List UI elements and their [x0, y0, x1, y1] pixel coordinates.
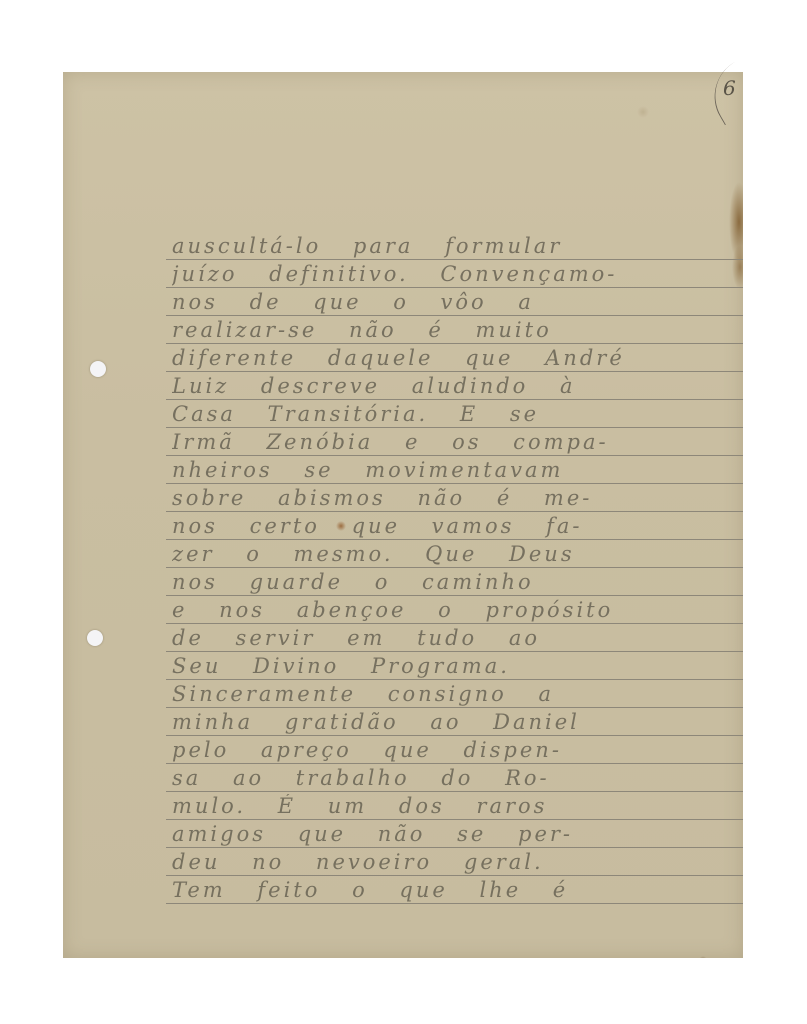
text-line: mulo. É um dos raros [172, 794, 743, 818]
ruled-line: Irmã Zenóbia e os compa- [166, 428, 743, 456]
ruled-line: Luiz descreve aludindo à [166, 372, 743, 400]
text-line: nos certo que vamos fa- [172, 514, 743, 538]
text-line: Sinceramente consigno a [172, 682, 743, 706]
punch-hole-top [90, 361, 106, 377]
handwritten-text-body: auscultá-lo para formular juízo definiti… [166, 232, 743, 904]
text-line: realizar-se não é muito [172, 318, 743, 342]
ruled-line: zer o mesmo. Que Deus [166, 540, 743, 568]
ruled-line: Tem feito o que lhe é [166, 876, 743, 904]
ruled-line: nos certo que vamos fa- [166, 512, 743, 540]
text-line: zer o mesmo. Que Deus [172, 542, 743, 566]
text-line: minha gratidão ao Daniel [172, 710, 743, 734]
ruled-line: sa ao trabalho do Ro- [166, 764, 743, 792]
text-line: deu no nevoeiro geral. [172, 850, 743, 874]
ruled-line: e nos abençoe o propósito [166, 596, 743, 624]
text-line: diferente daquele que André [172, 346, 743, 370]
text-line: auscultá-lo para formular [172, 234, 743, 258]
ruled-line: juízo definitivo. Convençamo- [166, 260, 743, 288]
manuscript-page: 6 auscultá-lo para formular juízo defini… [63, 72, 743, 958]
ruled-line: mulo. É um dos raros [166, 792, 743, 820]
text-line: amigos que não se per- [172, 822, 743, 846]
ruled-line: Sinceramente consigno a [166, 680, 743, 708]
text-line: de servir em tudo ao [172, 626, 743, 650]
ruled-line: Seu Divino Programa. [166, 652, 743, 680]
ruled-line: Casa Transitória. E se [166, 400, 743, 428]
text-line: Irmã Zenóbia e os compa- [172, 430, 743, 454]
text-line: juízo definitivo. Convençamo- [172, 262, 743, 286]
text-line: nos de que o vôo a [172, 290, 743, 314]
text-line: sa ao trabalho do Ro- [172, 766, 743, 790]
ruled-line: realizar-se não é muito [166, 316, 743, 344]
text-line: sobre abismos não é me- [172, 486, 743, 510]
ruled-line: sobre abismos não é me- [166, 484, 743, 512]
text-line: Tem feito o que lhe é [172, 878, 743, 902]
ruled-line: auscultá-lo para formular [166, 232, 743, 260]
text-line: nheiros se movimentavam [172, 458, 743, 482]
ruled-line: nos guarde o caminho [166, 568, 743, 596]
page-number: 6 [723, 76, 736, 100]
text-line: nos guarde o caminho [172, 570, 743, 594]
ruled-line: pelo apreço que dispen- [166, 736, 743, 764]
text-line: Casa Transitória. E se [172, 402, 743, 426]
ruled-line: minha gratidão ao Daniel [166, 708, 743, 736]
ruled-line: deu no nevoeiro geral. [166, 848, 743, 876]
ruled-line: nheiros se movimentavam [166, 456, 743, 484]
ruled-line: nos de que o vôo a [166, 288, 743, 316]
text-line: pelo apreço que dispen- [172, 738, 743, 762]
text-line: Luiz descreve aludindo à [172, 374, 743, 398]
ruled-line: de servir em tudo ao [166, 624, 743, 652]
text-line: Seu Divino Programa. [172, 654, 743, 678]
text-line: e nos abençoe o propósito [172, 598, 743, 622]
ruled-line: amigos que não se per- [166, 820, 743, 848]
punch-hole-bottom [87, 630, 103, 646]
ruled-line: diferente daquele que André [166, 344, 743, 372]
